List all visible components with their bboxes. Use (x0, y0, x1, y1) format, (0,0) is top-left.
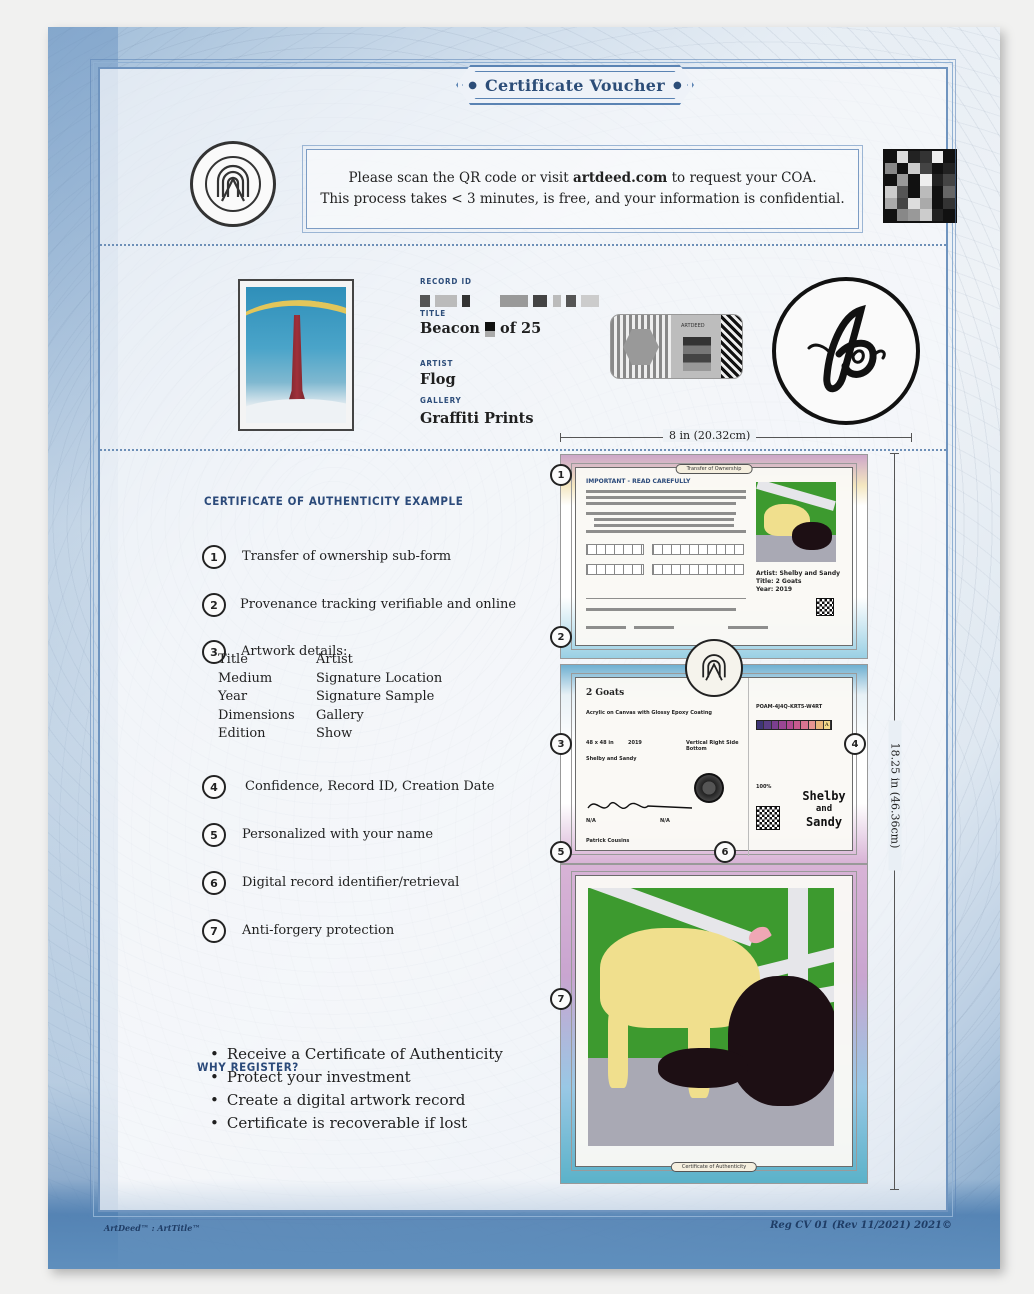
artwork-thumbnail (238, 279, 354, 431)
digital-record-qr-icon (756, 806, 780, 830)
why-item: Protect your investment (210, 1066, 503, 1089)
record-id-label: RECORD ID (420, 277, 472, 286)
coa-example-heading: CERTIFICATE OF AUTHENTICITY EXAMPLE (204, 494, 463, 508)
voucher-title-tab: ● Certificate Voucher ● (456, 65, 694, 105)
artwork-image-panel: Certificate of Authenticity (560, 864, 868, 1184)
artwork-mini-image (756, 482, 836, 562)
number-badge-6: 6 (202, 871, 226, 895)
artist-label: ARTIST (420, 359, 453, 368)
record-id-value-redacted (420, 290, 599, 309)
footer-trademark: ArtDeed™ : ArtTitle™ (104, 1223, 200, 1233)
number-badge-4: 4 (202, 775, 226, 799)
number-badge-1: 1 (202, 545, 226, 569)
sample-badge-2: 2 (550, 626, 572, 648)
title-value: Beacon of 25 (420, 320, 541, 337)
title-label: TITLE (420, 309, 446, 318)
artwork-image-2-goats (588, 888, 834, 1146)
width-dimension-label: 8 in (20.32cm) (663, 429, 756, 442)
height-dimension-label: 18.25 in (46.36cm) (889, 721, 902, 871)
coa-tab: Certificate of Authenticity (671, 1162, 757, 1172)
edition-number-redacted (485, 322, 495, 337)
artist-stamp-icon (694, 773, 724, 803)
qr-code-icon[interactable] (883, 149, 957, 223)
coa-item-personalized: Personalized with your name (242, 827, 433, 842)
certificate-frame: ● Certificate Voucher ● Please scan the … (98, 67, 948, 1212)
why-item: Create a digital artwork record (210, 1089, 503, 1112)
coa-item-confidence: Confidence, Record ID, Creation Date (245, 779, 494, 794)
art-deed-w-logo-icon (208, 159, 258, 209)
coa-item-provenance: Provenance tracking verifiable and onlin… (240, 597, 516, 612)
art-deed-seal-icon (190, 141, 276, 227)
notice-line-2: This process takes < 3 minutes, is free,… (320, 189, 844, 210)
sample-badge-6: 6 (714, 841, 736, 863)
flog-monogram-seal-icon (772, 277, 920, 425)
number-badge-5: 5 (202, 823, 226, 847)
divider (100, 244, 946, 246)
transfer-tab: Transfer of Ownership (676, 464, 753, 474)
coa-item-anti-forgery: Anti-forgery protection (242, 923, 394, 938)
artdeed-link[interactable]: artdeed.com (573, 170, 667, 186)
why-register-list: Receive a Certificate of Authenticity Pr… (210, 1043, 503, 1135)
coa-item-digital-record: Digital record identifier/retrieval (242, 875, 459, 890)
sample-badge-4: 4 (844, 733, 866, 755)
sample-badge-3: 3 (550, 733, 572, 755)
coa-item-transfer: Transfer of ownership sub-form (242, 549, 451, 564)
why-item: Receive a Certificate of Authenticity (210, 1043, 503, 1066)
confidence-gauge: A (756, 720, 832, 730)
transfer-of-ownership-panel: Transfer of Ownership IMPORTANT - READ C… (560, 454, 868, 659)
gallery-value: Graffiti Prints (420, 410, 534, 427)
sample-certificate: Transfer of Ownership IMPORTANT - READ C… (560, 454, 868, 1184)
gallery-label: GALLERY (420, 396, 461, 405)
sample-badge-1: 1 (550, 464, 572, 486)
art-deed-seal-icon (685, 639, 743, 697)
dot-icon: ● (468, 80, 477, 91)
divider (100, 449, 946, 451)
footer-form-id: Reg CV 01 (Rev 11/2021) 2021© (770, 1220, 952, 1231)
qr-notice-box: Please scan the QR code or visit artdeed… (306, 149, 859, 229)
security-hologram-icon: ARTDEED (610, 314, 743, 379)
black-goat (728, 976, 834, 1106)
dot-icon: ● (673, 80, 682, 91)
why-item: Certificate is recoverable if lost (210, 1112, 503, 1135)
personalized-name: Shelby and Sandy (794, 790, 854, 829)
sample-badge-7: 7 (550, 988, 572, 1010)
signature-sample-icon (586, 796, 696, 816)
number-badge-7: 7 (202, 919, 226, 943)
artwork-details-grid: TitleArtist MediumSignature Location Yea… (218, 651, 476, 743)
mini-qr-code-icon (816, 598, 834, 616)
certificate-voucher-sheet: ● Certificate Voucher ● Please scan the … (48, 27, 1000, 1269)
voucher-title: Certificate Voucher (485, 76, 665, 95)
sample-badge-5: 5 (550, 841, 572, 863)
number-badge-2: 2 (202, 593, 226, 617)
artist-value: Flog (420, 371, 456, 388)
